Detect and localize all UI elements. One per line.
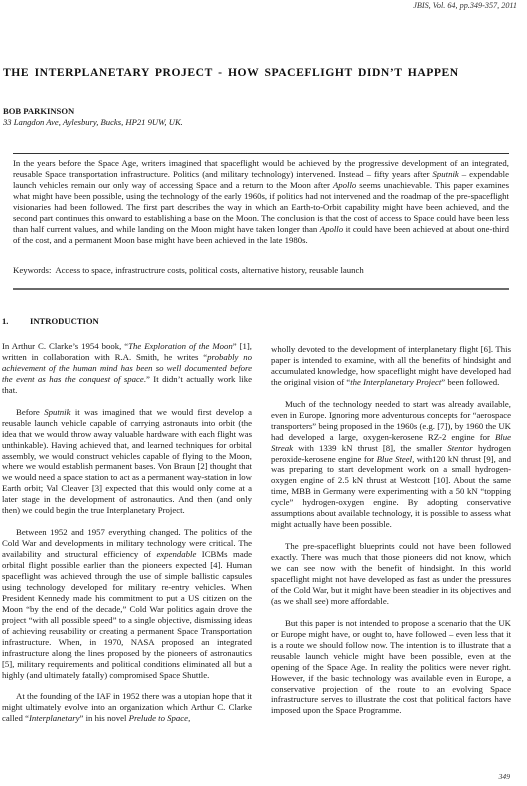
text-run: ” been followed. <box>441 377 499 387</box>
italic-text: Stentor <box>447 443 472 453</box>
journal-citation-header: JBIS, Vol. 64, pp.349-357, 2011 <box>413 1 517 10</box>
paper-title: THE INTERPLANETARY PROJECT - HOW SPACEFL… <box>3 66 523 79</box>
text-run: In Arthur C. Clarke’s 1954 book, “ <box>2 341 128 351</box>
text-run: , <box>188 713 190 723</box>
body-paragraph: wholly devoted to the development of int… <box>271 344 511 388</box>
section-title: INTRODUCTION <box>30 316 99 326</box>
body-column-left: In Arthur C. Clarke’s 1954 book, “The Ex… <box>2 341 252 735</box>
text-run: it was imagined that we would first deve… <box>2 407 252 516</box>
text-run: But this paper is not intended to propos… <box>271 618 511 716</box>
text-run: ” in his novel <box>80 713 129 723</box>
italic-text: Blue Steel, <box>377 454 415 464</box>
abstract-top-rule <box>13 153 509 154</box>
author-name: BOB PARKINSON <box>3 106 74 116</box>
italic-text: Sputnik <box>433 169 459 179</box>
author-address: 33 Langdon Ave, Aylesbury, Bucks, HP21 9… <box>3 117 183 127</box>
abstract: In the years before the Space Age, write… <box>13 158 509 246</box>
text-run: with120 kN thrust [9], and was preparing… <box>271 454 511 530</box>
body-paragraph: At the founding of the IAF in 1952 there… <box>2 691 252 724</box>
page-number: 349 <box>499 772 510 781</box>
body-column-right: wholly devoted to the development of int… <box>271 344 511 727</box>
text-run: Much of the technology needed to start w… <box>271 399 511 442</box>
body-paragraph: Between 1952 and 1957 everything changed… <box>2 527 252 680</box>
italic-text: Apollo <box>333 180 356 190</box>
italic-text: The Exploration of the Moon <box>128 341 233 351</box>
italic-text: the Interplanetary Project <box>350 377 441 387</box>
italic-text: Apollo <box>320 224 343 234</box>
abstract-bottom-rule <box>13 288 509 290</box>
italic-text: Prelude to Space <box>129 713 188 723</box>
text-run: The pre-spaceflight blueprints could not… <box>271 541 511 606</box>
italic-text: Interplanetary <box>29 713 80 723</box>
body-paragraph: In Arthur C. Clarke’s 1954 book, “The Ex… <box>2 341 252 396</box>
keywords-label: Keywords: <box>13 265 51 275</box>
section-heading-introduction: 1.INTRODUCTION <box>2 316 99 326</box>
keywords: Keywords: Access to space, infrastructru… <box>13 265 509 275</box>
body-paragraph: But this paper is not intended to propos… <box>271 618 511 717</box>
body-paragraph: The pre-spaceflight blueprints could not… <box>271 541 511 607</box>
text-run: Before <box>16 407 44 417</box>
text-run: ICBMs made orbital flight possible earli… <box>2 549 252 679</box>
keywords-value: Access to space, infrastructrure costs, … <box>55 265 364 275</box>
body-paragraph: Much of the technology needed to start w… <box>271 399 511 530</box>
italic-text: expendable <box>156 549 196 559</box>
italic-text: Sputnik <box>44 407 70 417</box>
section-number: 1. <box>2 316 30 326</box>
body-paragraph: Before Sputnik it was imagined that we w… <box>2 407 252 517</box>
text-run: with 1339 kN thrust [8], the smaller <box>293 443 447 453</box>
